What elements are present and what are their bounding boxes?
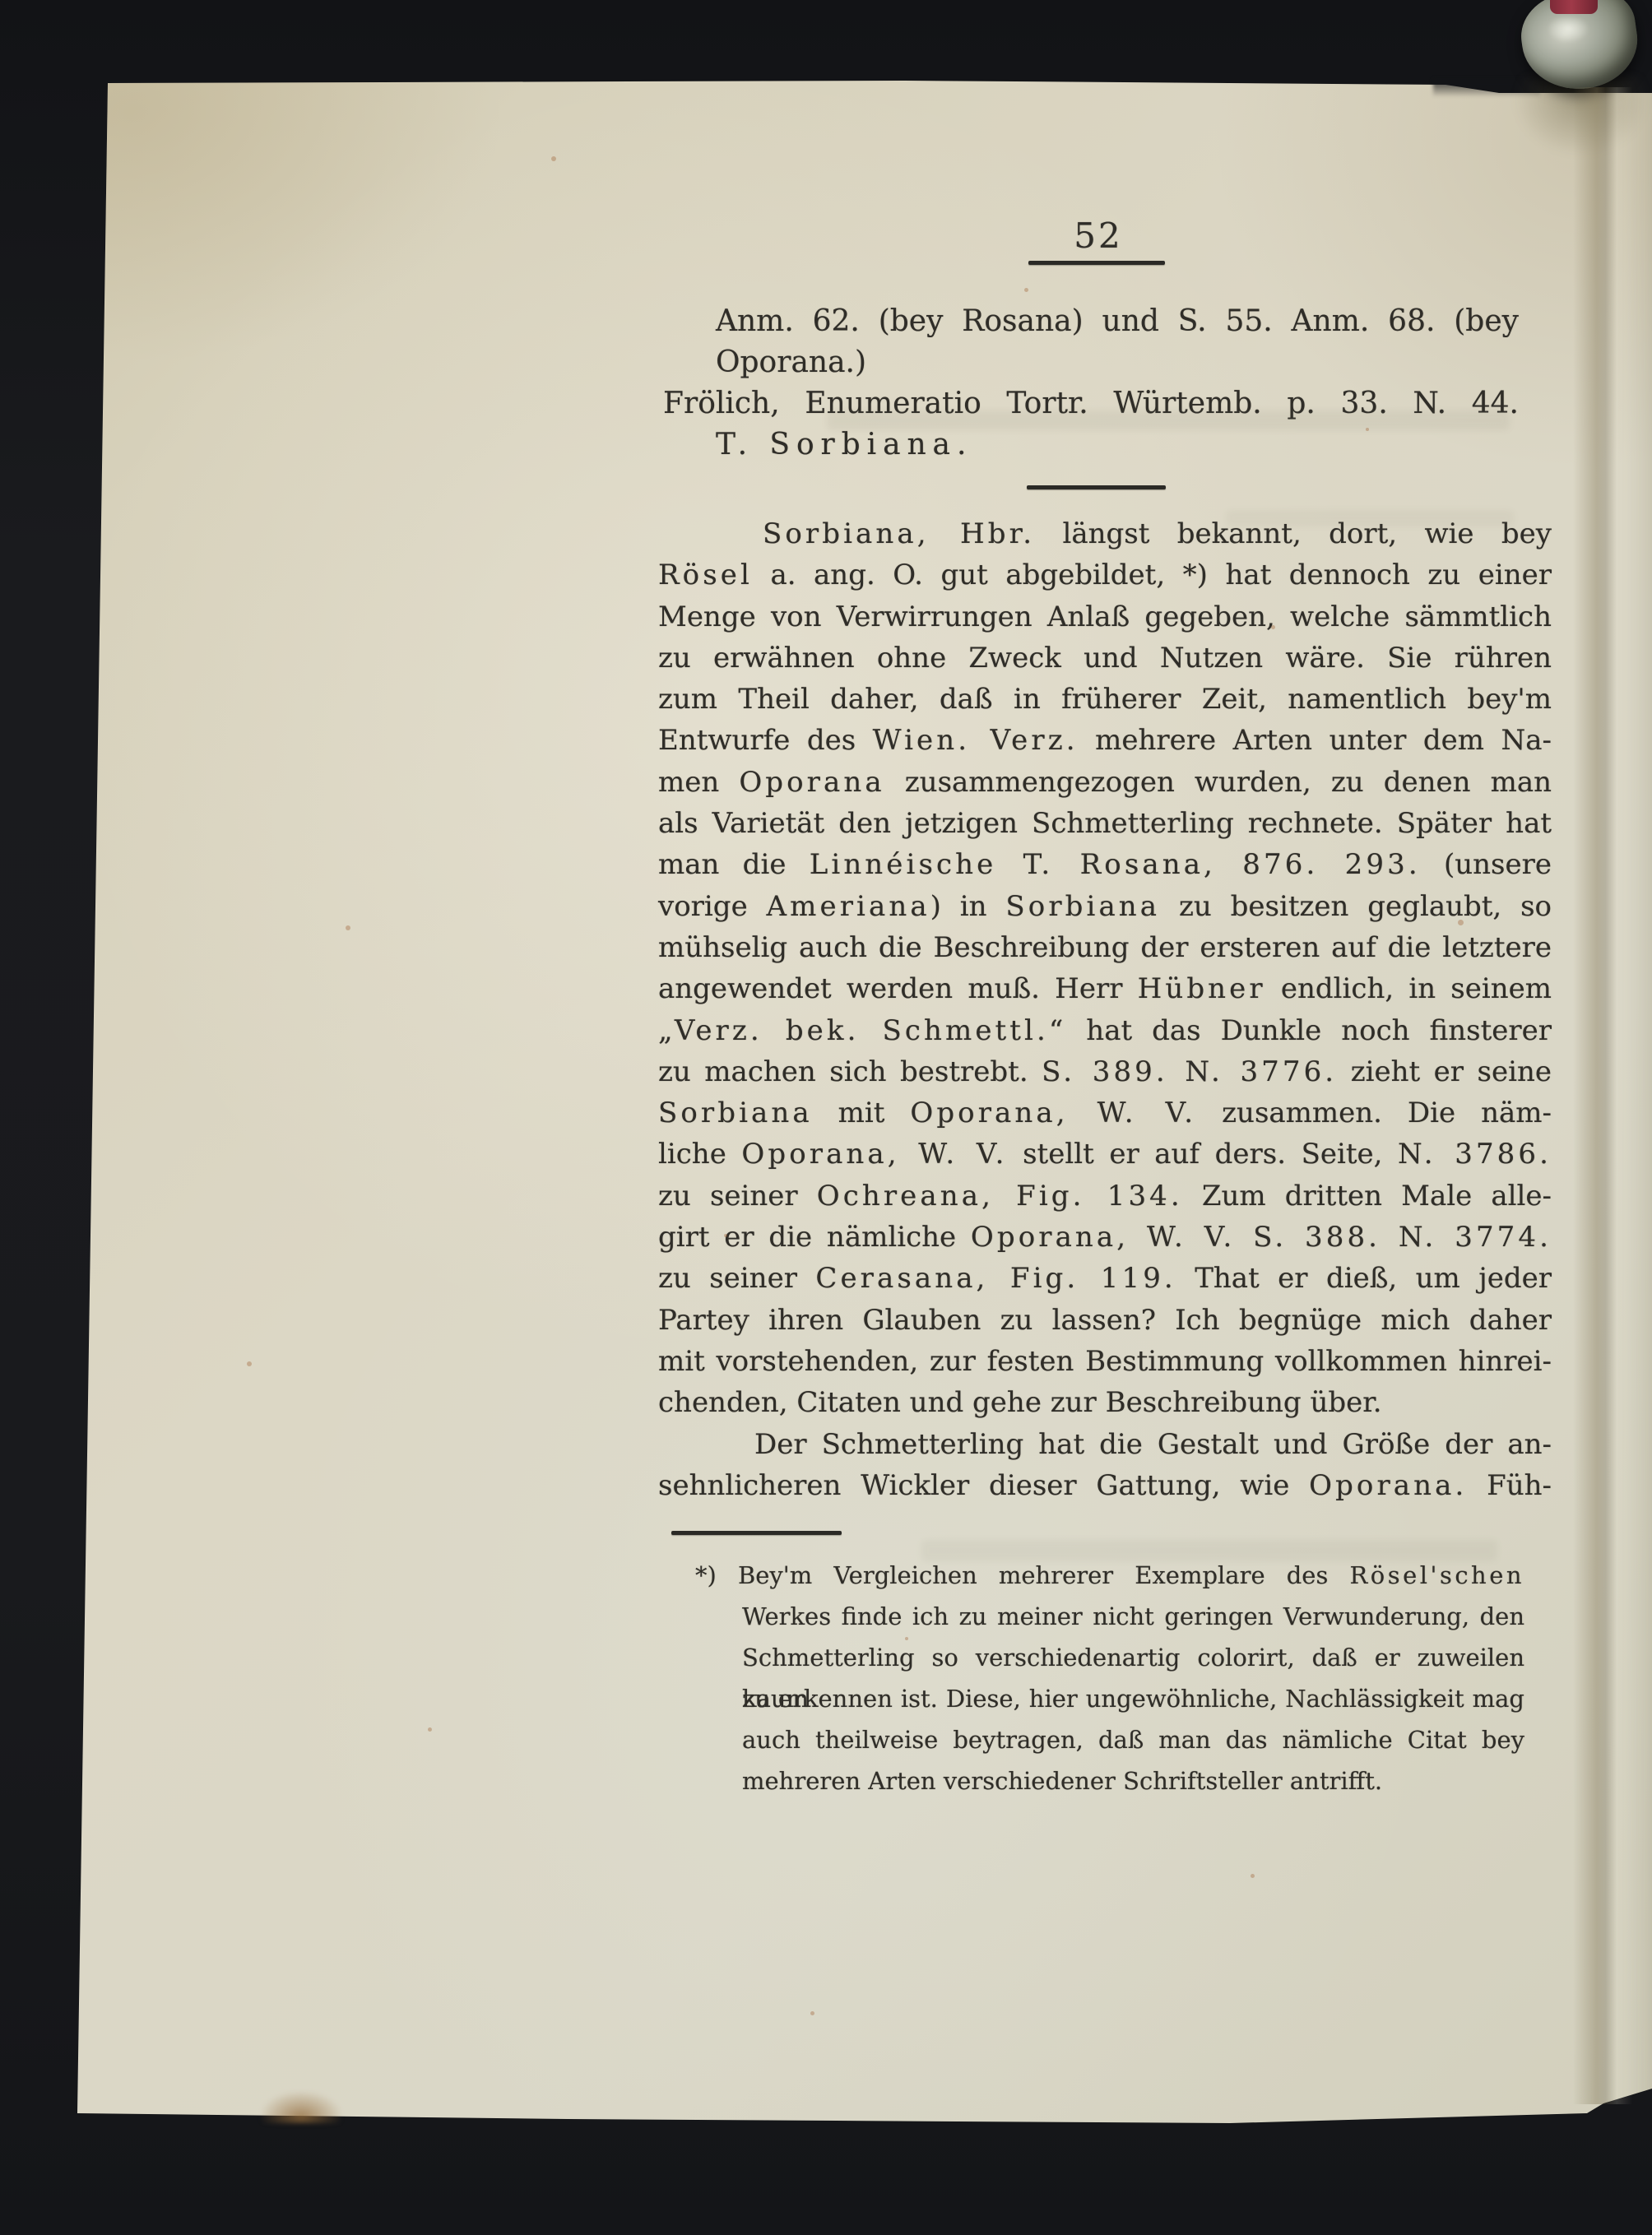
- text-segment: man die: [658, 848, 810, 881]
- text-segment: zum Theil daher, daß in früherer Zeit, n…: [658, 683, 1552, 716]
- text-segment: girt er die nämliche: [658, 1221, 971, 1254]
- species-name: Oporana: [739, 766, 884, 799]
- paper-speck: [1458, 920, 1464, 925]
- show-through-ghost: [827, 410, 1510, 430]
- text-line: als Varietät den jetzigen Schmetterling …: [658, 803, 1552, 844]
- text-line: mühselig auch die Beschreibung der erste…: [658, 927, 1552, 968]
- text-segment: chenden, Citaten und gehe zur Beschreibu…: [658, 1386, 1382, 1419]
- text-line: auch theilweise beytragen, daß man das n…: [695, 1719, 1524, 1760]
- species-name: Sorbiana, Hbr.: [763, 517, 1035, 550]
- text-line: Werkes finde ich zu meiner nicht geringe…: [695, 1596, 1524, 1637]
- text-line: Entwurfe des Wien. Verz. mehrere Arten u…: [658, 720, 1552, 761]
- text-line: Partey ihren Glauben zu lassen? Ich begn…: [658, 1300, 1552, 1341]
- text-line: zu machen sich bestrebt. S. 389. N. 3776…: [658, 1051, 1552, 1092]
- text-line: zu seiner Cerasana, Fig. 119. That er di…: [658, 1258, 1552, 1299]
- species-name: Oporana.: [1309, 1469, 1467, 1502]
- paper-speck: [551, 156, 556, 161]
- paper-speck: [1251, 1874, 1255, 1878]
- text-line: girt er die nämliche Oporana, W. V. S. 3…: [658, 1217, 1552, 1258]
- species-name: Ochreana, Fig. 134.: [817, 1180, 1183, 1213]
- species-name: Cerasana, Fig. 119.: [815, 1262, 1176, 1295]
- text-segment: mehrere Arten unter dem Na-: [1079, 724, 1552, 757]
- text-line: zu seiner Ochreana, Fig. 134. Zum dritte…: [658, 1175, 1552, 1217]
- text-segment: Entwurfe des: [658, 724, 873, 757]
- text-line: liche Oporana, W. V. stellt er auf ders.…: [658, 1134, 1552, 1175]
- page-number: 52: [1020, 216, 1176, 256]
- paper-speck: [905, 1637, 908, 1640]
- text-segment: hat das Dunkle noch finsterer: [1066, 1014, 1552, 1047]
- footnote-rule: [671, 1531, 842, 1535]
- text-line: zum Theil daher, daß in früherer Zeit, n…: [658, 679, 1552, 720]
- text-segment: Füh-: [1467, 1469, 1552, 1502]
- text-line: „Verz. bek. Schmettl.“ hat das Dunkle no…: [658, 1010, 1552, 1051]
- clasp-highlight: [1547, 15, 1589, 43]
- text-segment: mehreren Arten verschiedener Schriftstel…: [742, 1767, 1382, 1795]
- scanned-book-photo: 52 Anm. 62. (bey Rosana) und S. 55. Anm.…: [0, 0, 1652, 2235]
- page-number-rule: [1028, 261, 1165, 265]
- text-segment: zusammengezogen wurden, zu denen man: [885, 766, 1552, 799]
- red-headband: [1550, 0, 1598, 14]
- text-line: angewendet werden muß. Herr Hübner endli…: [658, 968, 1552, 1009]
- text-line: vorige Ameriana) in Sorbiana zu besitzen…: [658, 886, 1552, 927]
- species-name: Oporana, W. V. S. 388. N. 3774.: [971, 1221, 1552, 1254]
- text-line: zu erkennen ist. Diese, hier ungewöhnlic…: [695, 1678, 1524, 1719]
- text-segment: zu erwähnen ohne Zweck und Nutzen wäre. …: [658, 642, 1552, 675]
- text-segment: angewendet werden muß. Herr: [658, 972, 1138, 1005]
- text-segment: Menge von Verwirrungen Anlaß gegeben, we…: [658, 600, 1552, 633]
- header-text: T. Sorbiana.: [716, 428, 972, 461]
- text-line: mit vorstehenden, zur festen Bestimmung …: [658, 1341, 1552, 1382]
- paper-speck: [428, 1727, 432, 1732]
- text-segment: (unsere: [1421, 848, 1552, 881]
- species-name: Oporana, W. V.: [741, 1138, 1007, 1171]
- header-line: T. Sorbiana.: [663, 424, 1519, 466]
- header-text: Oporana.): [716, 345, 866, 379]
- species-name: Linnéische T. Rosana, 876. 293.: [810, 848, 1421, 881]
- text-line: Sorbiana mit Oporana, W. V. zusammen. Di…: [658, 1092, 1552, 1134]
- text-segment: endlich, in seinem: [1266, 972, 1552, 1005]
- show-through-ghost: [1226, 510, 1514, 526]
- show-through-ghost: [921, 1540, 1497, 1561]
- text-segment: That er dieß, um jeder: [1176, 1262, 1552, 1295]
- page-fold-shadow: [1573, 87, 1632, 2104]
- text-segment: men: [658, 766, 739, 799]
- text-segment: ) in: [930, 890, 1006, 923]
- text-line: mehreren Arten verschiedener Schriftstel…: [695, 1760, 1524, 1801]
- text-segment: sehnlicheren Wickler dieser Gattung, wie: [658, 1469, 1309, 1502]
- text-segment: als Varietät den jetzigen Schmetterling …: [658, 807, 1552, 840]
- text-segment: zu seiner: [658, 1262, 815, 1295]
- text-segment: zu besitzen geglaubt, so: [1160, 890, 1552, 923]
- text-line: man die Linnéische T. Rosana, 876. 293. …: [658, 844, 1552, 885]
- header-line: Oporana.): [663, 342, 1519, 383]
- species-name: N. 3786.: [1398, 1138, 1552, 1171]
- text-segment: mit: [813, 1097, 911, 1129]
- text-segment: Werkes finde ich zu meiner nicht geringe…: [742, 1602, 1524, 1630]
- text-segment: mit vorstehenden, zur festen Bestimmung …: [658, 1345, 1552, 1378]
- text-segment: auch theilweise beytragen, daß man das n…: [742, 1726, 1524, 1754]
- text-segment: Partey ihren Glauben zu lassen? Ich begn…: [658, 1304, 1552, 1337]
- species-name: Rösel: [658, 559, 753, 591]
- text-line: chenden, Citaten und gehe zur Beschreibu…: [658, 1382, 1552, 1423]
- citation-header: Anm. 62. (bey Rosana) und S. 55. Anm. 68…: [663, 301, 1519, 466]
- text-line: men Oporana zusammengezogen wurden, zu d…: [658, 762, 1552, 803]
- species-name: Sorbiana: [658, 1097, 813, 1129]
- stain: [262, 2092, 341, 2123]
- species-name: S. 389. N. 3776.: [1042, 1055, 1337, 1088]
- footnote: *) Bey'm Vergleichen mehrerer Exemplare …: [695, 1555, 1524, 1801]
- text-segment: zu seiner: [658, 1180, 817, 1213]
- text-segment: *) Bey'm Vergleichen mehrerer Exemplare …: [695, 1561, 1349, 1589]
- text-segment: zu erkennen ist. Diese, hier ungewöhnlic…: [742, 1685, 1524, 1713]
- paper-speck: [810, 2011, 814, 2015]
- text-line: Menge von Verwirrungen Anlaß gegeben, we…: [658, 596, 1552, 638]
- text-segment: mühselig auch die Beschreibung der erste…: [658, 931, 1552, 964]
- species-name: Ameriana: [767, 890, 930, 923]
- species-name: Sorbiana: [1005, 890, 1160, 923]
- paper-speck: [247, 1361, 252, 1366]
- text-segment: Der Schmetterling hat die Gestalt und Gr…: [754, 1428, 1552, 1461]
- body-text: Sorbiana, Hbr. längst bekannt, dort, wie…: [658, 513, 1552, 1506]
- section-divider-rule: [1027, 485, 1166, 489]
- text-segment: zusammen. Die näm-: [1196, 1097, 1552, 1129]
- text-segment: vorige: [658, 890, 767, 923]
- paper-speck: [1366, 428, 1369, 431]
- species-name: Hübner: [1138, 972, 1266, 1005]
- header-text: Anm. 62. (bey Rosana) und S. 55. Anm. 68…: [716, 304, 1519, 338]
- paper-speck: [1271, 625, 1275, 629]
- paper-speck: [724, 1234, 727, 1237]
- species-name: Rösel'schen: [1349, 1561, 1524, 1589]
- text-line: Der Schmetterling hat die Gestalt und Gr…: [658, 1424, 1552, 1465]
- species-name: Oporana, W. V.: [910, 1097, 1196, 1129]
- text-line: sehnlicheren Wickler dieser Gattung, wie…: [658, 1465, 1552, 1506]
- header-line: Anm. 62. (bey Rosana) und S. 55. Anm. 68…: [663, 301, 1519, 342]
- paper-speck: [346, 925, 350, 930]
- species-name: „Verz. bek. Schmettl.“: [658, 1014, 1066, 1047]
- text-line: Rösel a. ang. O. gut abgebildet, *) hat …: [658, 554, 1552, 596]
- text-segment: stellt er auf ders. Seite,: [1008, 1138, 1399, 1171]
- text-segment: liche: [658, 1138, 741, 1171]
- text-segment: a. ang. O. gut abgebildet, *) hat dennoc…: [753, 559, 1552, 591]
- text-segment: zieht er seine: [1337, 1055, 1552, 1088]
- species-name: Wien. Verz.: [873, 724, 1079, 757]
- text-line: zu erwähnen ohne Zweck und Nutzen wäre. …: [658, 638, 1552, 679]
- paper-speck: [1024, 288, 1028, 292]
- text-line: Schmetterling so verschiedenartig colori…: [695, 1637, 1524, 1678]
- text-segment: Zum dritten Male alle-: [1183, 1180, 1552, 1213]
- text-segment: zu machen sich bestrebt.: [658, 1055, 1042, 1088]
